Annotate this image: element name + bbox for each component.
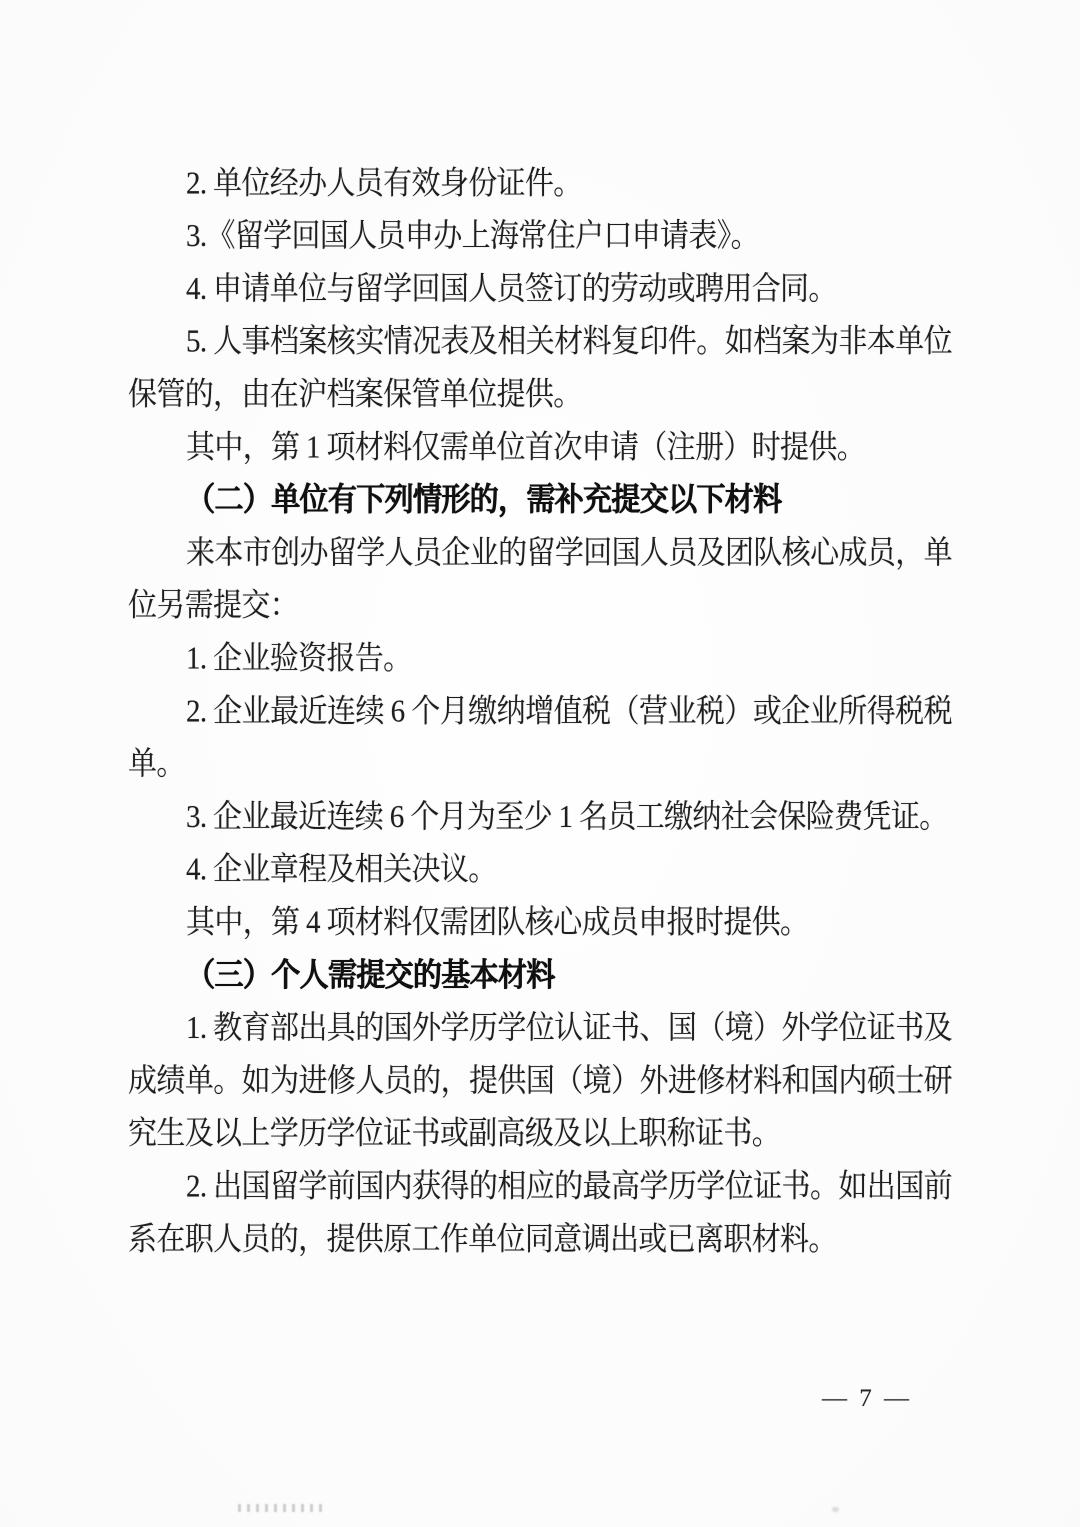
list-item-paragraph: 3.《留学回国人员申办上海常住户口申请表》。 xyxy=(128,210,952,263)
list-item-paragraph: 4. 企业章程及相关决议。 xyxy=(128,843,952,896)
list-item-paragraph: 2. 单位经办人员有效身份证件。 xyxy=(128,157,952,210)
scanned-document-page: 2. 单位经办人员有效身份证件。 3.《留学回国人员申办上海常住户口申请表》。 … xyxy=(0,0,1080,1527)
scan-artifact xyxy=(832,1507,839,1512)
note-paragraph: 其中，第 1 项材料仅需单位首次申请（注册）时提供。 xyxy=(128,421,952,474)
list-item-paragraph: 4. 申请单位与留学回国人员签订的劳动或聘用合同。 xyxy=(128,263,952,316)
list-item-paragraph: 2. 出国留学前国内获得的相应的最高学历学位证书。如出国前系在职人员的，提供原工… xyxy=(128,1160,952,1266)
page-number: — 7 — xyxy=(822,1384,912,1414)
list-item-paragraph: 1. 企业验资报告。 xyxy=(128,632,952,685)
section-heading-2: （二）单位有下列情形的，需补充提交以下材料 xyxy=(128,474,952,527)
list-item-paragraph: 1. 教育部出具的国外学历学位认证书、国（境）外学位证书及成绩单。如为进修人员的… xyxy=(128,1002,952,1160)
list-item-paragraph: 3. 企业最近连续 6 个月为至少 1 名员工缴纳社会保险费凭证。 xyxy=(128,791,952,844)
scan-artifact xyxy=(238,1504,322,1512)
body-paragraph: 来本市创办留学人员企业的留学回国人员及团队核心成员，单位另需提交： xyxy=(128,527,952,633)
document-body: 2. 单位经办人员有效身份证件。 3.《留学回国人员申办上海常住户口申请表》。 … xyxy=(128,157,952,1266)
list-item-paragraph: 5. 人事档案核实情况表及相关材料复印件。如档案为非本单位保管的，由在沪档案保管… xyxy=(128,315,952,421)
section-heading-3: （三）个人需提交的基本材料 xyxy=(128,949,952,1002)
note-paragraph: 其中，第 4 项材料仅需团队核心成员申报时提供。 xyxy=(128,896,952,949)
list-item-paragraph: 2. 企业最近连续 6 个月缴纳增值税（营业税）或企业所得税税单。 xyxy=(128,685,952,791)
